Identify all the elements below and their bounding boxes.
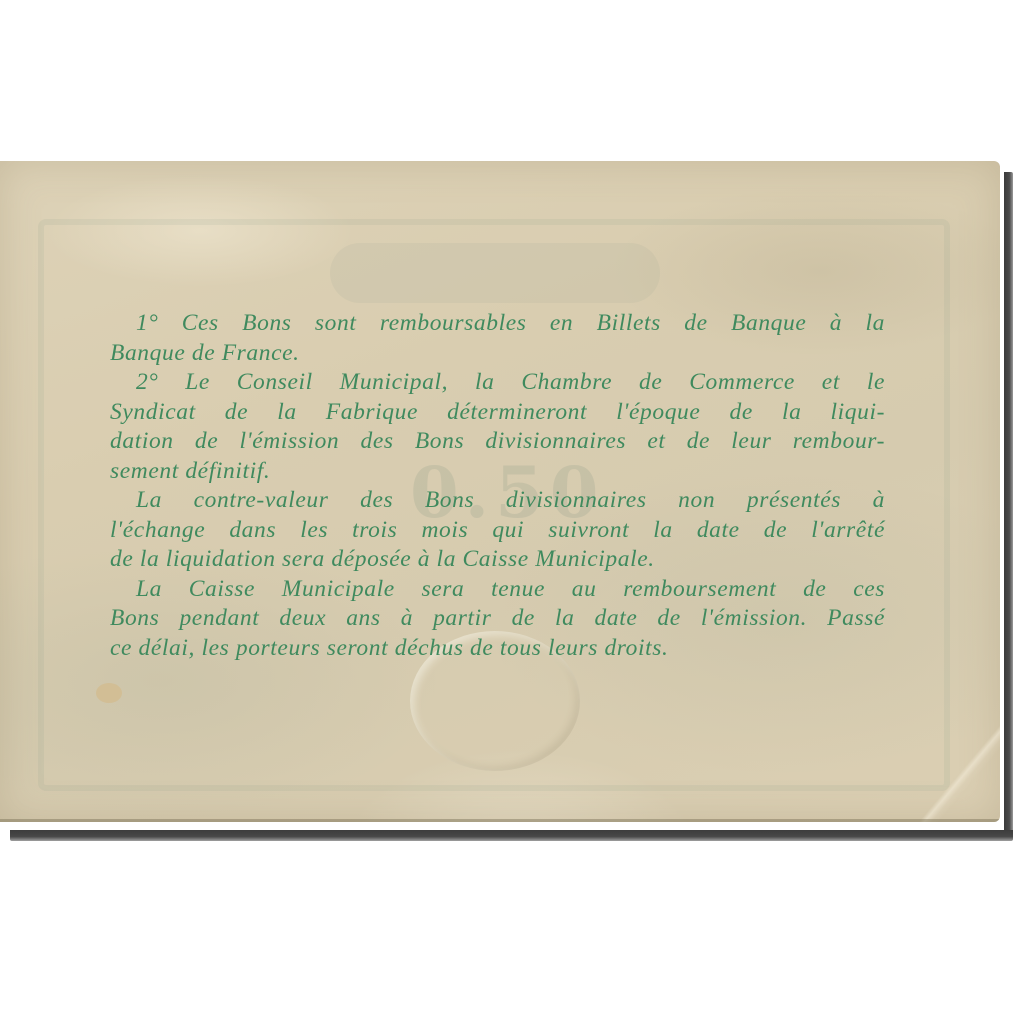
image-canvas: 0.50 1° Ces Bons sont remboursables en B… [0, 0, 1024, 1024]
conditions-text: 1° Ces Bons sont remboursables en Billet… [110, 309, 885, 663]
banknote: 0.50 1° Ces Bons sont remboursables en B… [0, 161, 1000, 822]
text-line: ce délai, les porteurs seront déchus de … [110, 634, 885, 664]
text-line: sement définitif. [110, 457, 885, 487]
show-through-header [330, 243, 660, 303]
text-line: Syndicat de la Fabrique détermineront l'… [110, 398, 885, 428]
paragraph-1: 1° Ces Bons sont remboursables en Billet… [110, 309, 885, 368]
paper-stain [96, 683, 122, 703]
text-line: dation de l'émission des Bons divisionna… [110, 427, 885, 457]
corner-fold [920, 702, 1000, 822]
text-line: La Caisse Municipale sera tenue au rembo… [110, 575, 885, 605]
text-line: l'échange dans les trois mois qui suivro… [110, 516, 885, 546]
paragraph-3: La contre-valeur des Bons divisionnaires… [110, 486, 885, 575]
text-line: Bons pendant deux ans à partir de la dat… [110, 604, 885, 634]
paragraph-4: La Caisse Municipale sera tenue au rembo… [110, 575, 885, 664]
drop-shadow-right [1004, 172, 1013, 840]
paragraph-2: 2° Le Conseil Municipal, la Chambre de C… [110, 368, 885, 486]
text-line: La contre-valeur des Bons divisionnaires… [110, 486, 885, 516]
text-line: de la liquidation sera déposée à la Cais… [110, 545, 885, 575]
drop-shadow-bottom [10, 830, 1013, 841]
note-edge [0, 819, 1000, 822]
text-line: 2° Le Conseil Municipal, la Chambre de C… [110, 368, 885, 398]
text-line: 1° Ces Bons sont remboursables en Billet… [110, 309, 885, 339]
text-line: Banque de France. [110, 339, 885, 369]
